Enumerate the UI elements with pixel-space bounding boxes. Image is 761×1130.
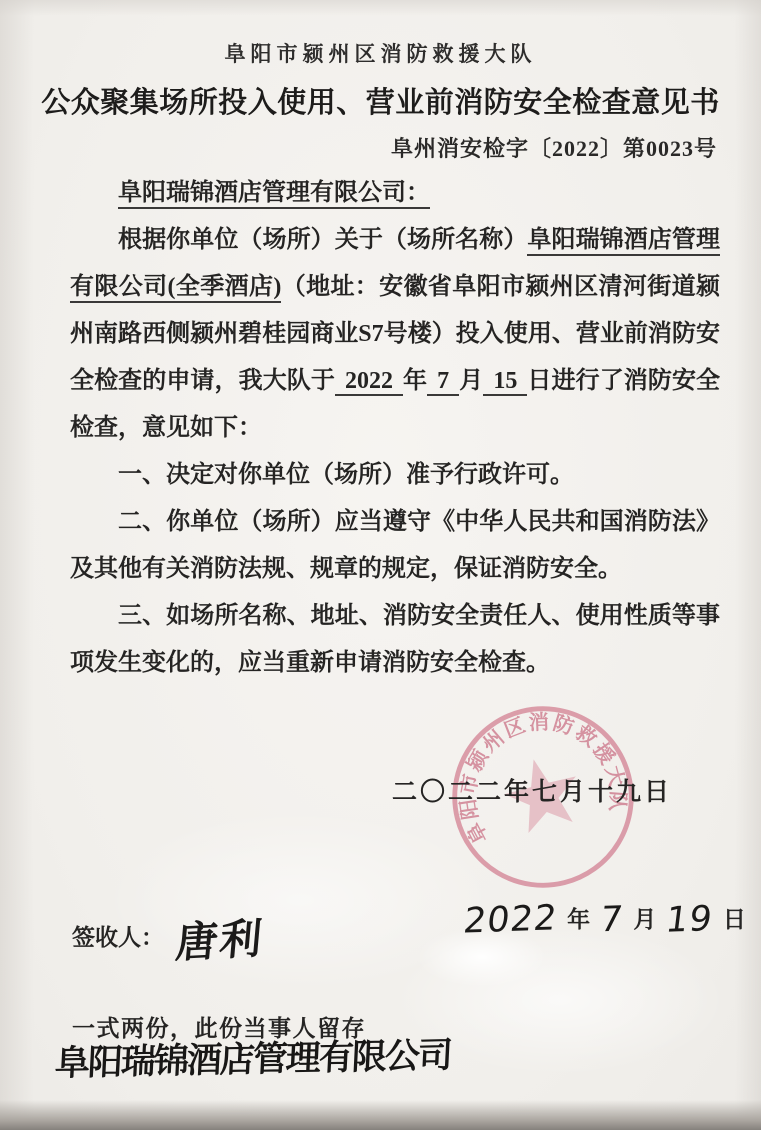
p1-month-unit: 月 (459, 368, 483, 394)
sign-date-month: 7 (598, 900, 626, 941)
document-title: 公众聚集场所投入使用、营业前消防安全检查意见书 (0, 80, 761, 121)
recipient-label: 签收人： (72, 925, 164, 950)
sign-date-month-unit: 月 (633, 901, 656, 934)
addressee-line: 阜阳瑞锦酒店管理有限公司： (70, 170, 720, 217)
issue-date: 二〇二二年七月十九日 (392, 772, 672, 808)
opinion-item-2: 二、你单位（场所）应当遵守《中华人民共和国消防法》及其他有关消防法规、规章的规定… (70, 499, 720, 593)
recipient-signature-handwritten: 唐利 (173, 906, 266, 971)
document-number: 阜州消安检字〔2022〕第0023号 (391, 132, 717, 163)
signature-row: 签收人：唐利 (72, 908, 264, 968)
addressee-name: 阜阳瑞锦酒店管理有限公司： (118, 180, 430, 209)
paragraph-application: 根据你单位（场所）关于（场所名称）阜阳瑞锦酒店管理有限公司(全季酒店)（地址：安… (70, 217, 720, 452)
opinion-item-1: 一、决定对你单位（场所）准予行政许可。 (70, 452, 720, 499)
p1-month-blank: 7 (427, 368, 459, 396)
company-signature-handwritten: 阜阳瑞锦酒店管理有限公司 (54, 1028, 452, 1086)
document-body: 阜阳瑞锦酒店管理有限公司： 根据你单位（场所）关于（场所名称）阜阳瑞锦酒店管理有… (70, 170, 720, 687)
department-name: 阜阳市颍州区消防救援大队 (0, 38, 761, 68)
sign-date-day-unit: 日 (723, 901, 746, 934)
p1-lead: 根据你单位（场所）关于（场所名称） (118, 227, 527, 253)
sign-date-day: 19 (664, 899, 716, 941)
p1-year-unit: 年 (403, 368, 427, 394)
p1-day-blank: 15 (483, 368, 527, 396)
scanned-document-page: 阜阳市颍州区消防救援大队 公众聚集场所投入使用、营业前消防安全检查意见书 阜州消… (0, 0, 761, 1130)
p1-year-blank: 2022 (335, 368, 403, 396)
sign-date-year-unit: 年 (567, 901, 590, 934)
opinion-item-3: 三、如场所名称、地址、消防安全责任人、使用性质等事项发生变化的，应当重新申请消防… (70, 593, 720, 687)
sign-date-year: 2022 (461, 898, 559, 941)
signature-date: 2022年7月19日 (464, 900, 756, 940)
